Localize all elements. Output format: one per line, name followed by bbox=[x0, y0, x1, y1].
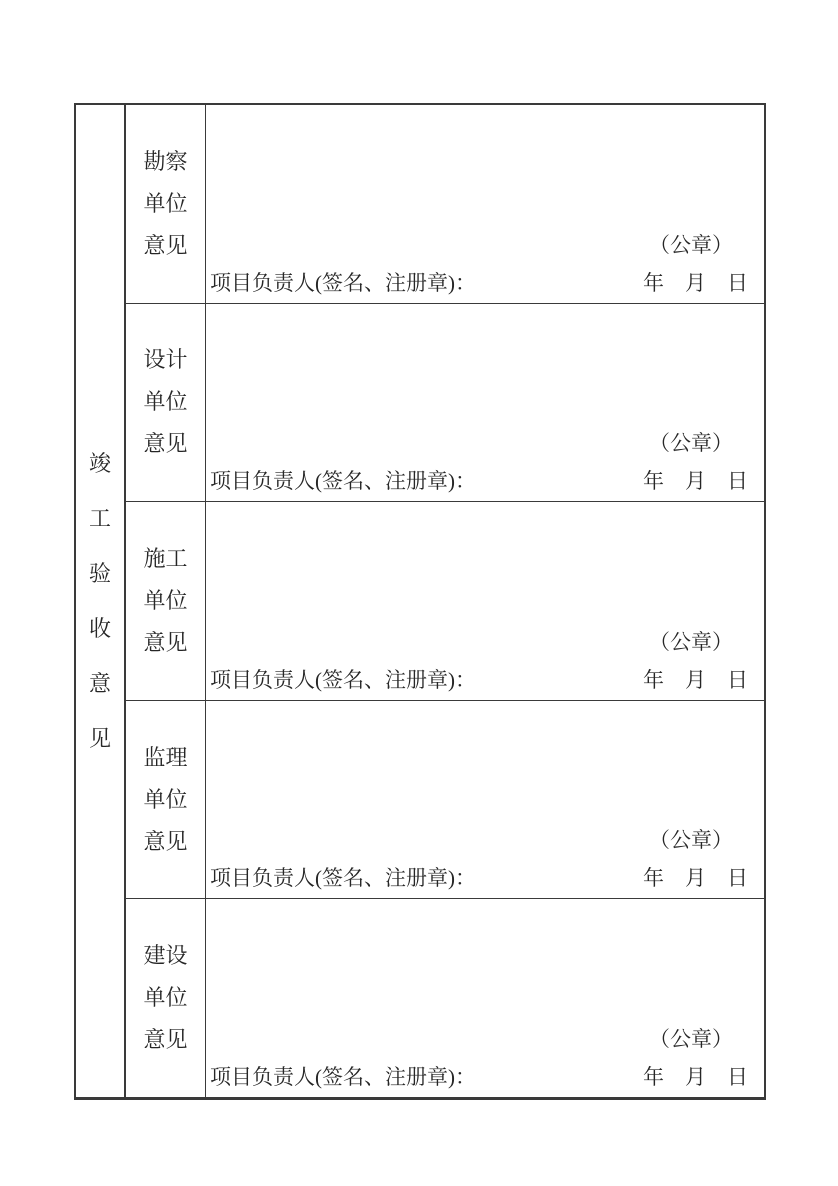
label-line: 单位 bbox=[143, 193, 187, 215]
label-line: 意见 bbox=[143, 831, 187, 853]
signature-label: 项目负责人(签名、注册章)： bbox=[210, 669, 476, 691]
seal-placeholder: （公章） bbox=[649, 233, 733, 257]
label-line: 意见 bbox=[143, 433, 187, 455]
label-construction-unit-opinion: 施工 单位 意见 bbox=[126, 502, 206, 700]
signature-label: 项目负责人(签名、注册章)： bbox=[210, 272, 476, 294]
seal-placeholder: （公章） bbox=[649, 431, 733, 455]
signature-label: 项目负责人(签名、注册章)： bbox=[210, 1066, 476, 1088]
seal-placeholder: （公章） bbox=[649, 630, 733, 654]
signature-line: 项目负责人(签名、注册章)： 年 月 日 bbox=[206, 669, 764, 691]
date-placeholder: 年 月 日 bbox=[643, 1066, 748, 1088]
row-header-char: 意 bbox=[89, 673, 111, 695]
signature-label: 项目负责人(签名、注册章)： bbox=[210, 867, 476, 889]
date-placeholder: 年 月 日 bbox=[643, 470, 748, 492]
seal-line: （公章） bbox=[206, 829, 764, 851]
seal-line: （公章） bbox=[206, 631, 764, 653]
document-page: 竣 工 验 收 意 见 勘察 单位 意见 （公章） 项目负责人(签名、注册 bbox=[0, 0, 838, 1186]
label-line: 单位 bbox=[143, 987, 187, 1009]
label-design-unit-opinion: 设计 单位 意见 bbox=[126, 304, 206, 502]
opinion-area-owner-unit: （公章） 项目负责人(签名、注册章)： 年 月 日 bbox=[206, 899, 764, 1097]
date-placeholder: 年 月 日 bbox=[643, 669, 748, 691]
seal-line: （公章） bbox=[206, 234, 764, 256]
label-supervision-unit-opinion: 监理 单位 意见 bbox=[126, 701, 206, 899]
seal-placeholder: （公章） bbox=[649, 828, 733, 852]
row-header-char: 工 bbox=[89, 508, 111, 530]
row-owner-unit-opinion: 建设 单位 意见 （公章） 项目负责人(签名、注册章)： 年 月 日 bbox=[126, 898, 764, 1097]
row-header-char: 验 bbox=[89, 563, 111, 585]
label-survey-unit-opinion: 勘察 单位 意见 bbox=[126, 105, 206, 303]
signature-label: 项目负责人(签名、注册章)： bbox=[210, 470, 476, 492]
label-line: 意见 bbox=[143, 1029, 187, 1051]
row-construction-unit-opinion: 施工 单位 意见 （公章） 项目负责人(签名、注册章)： 年 月 日 bbox=[126, 501, 764, 700]
date-placeholder: 年 月 日 bbox=[643, 867, 748, 889]
label-line: 意见 bbox=[143, 632, 187, 654]
completion-acceptance-table: 竣 工 验 收 意 见 勘察 单位 意见 （公章） 项目负责人(签名、注册 bbox=[74, 103, 766, 1100]
label-line: 单位 bbox=[143, 590, 187, 612]
signature-line: 项目负责人(签名、注册章)： 年 月 日 bbox=[206, 867, 764, 889]
opinion-area-survey-unit: （公章） 项目负责人(签名、注册章)： 年 月 日 bbox=[206, 105, 764, 303]
label-line: 勘察 bbox=[143, 151, 187, 173]
label-line: 监理 bbox=[143, 747, 187, 769]
label-line: 意见 bbox=[143, 235, 187, 257]
label-line: 设计 bbox=[143, 349, 187, 371]
row-supervision-unit-opinion: 监理 单位 意见 （公章） 项目负责人(签名、注册章)： 年 月 日 bbox=[126, 700, 764, 899]
signature-line: 项目负责人(签名、注册章)： 年 月 日 bbox=[206, 470, 764, 492]
seal-line: （公章） bbox=[206, 1028, 764, 1050]
row-header-completion-acceptance: 竣 工 验 收 意 见 bbox=[76, 105, 126, 1097]
row-header-char: 竣 bbox=[89, 453, 111, 475]
row-survey-unit-opinion: 勘察 单位 意见 （公章） 项目负责人(签名、注册章)： 年 月 日 bbox=[126, 105, 764, 303]
label-owner-unit-opinion: 建设 单位 意见 bbox=[126, 899, 206, 1097]
row-design-unit-opinion: 设计 单位 意见 （公章） 项目负责人(签名、注册章)： 年 月 日 bbox=[126, 303, 764, 502]
opinion-area-supervision-unit: （公章） 项目负责人(签名、注册章)： 年 月 日 bbox=[206, 701, 764, 899]
row-header-char: 见 bbox=[89, 728, 111, 750]
row-header-char: 收 bbox=[89, 618, 111, 640]
label-line: 建设 bbox=[143, 945, 187, 967]
signature-line: 项目负责人(签名、注册章)： 年 月 日 bbox=[206, 1066, 764, 1088]
date-placeholder: 年 月 日 bbox=[643, 272, 748, 294]
label-line: 单位 bbox=[143, 391, 187, 413]
label-line: 施工 bbox=[143, 548, 187, 570]
opinion-rows: 勘察 单位 意见 （公章） 项目负责人(签名、注册章)： 年 月 日 设计 bbox=[126, 105, 764, 1097]
signature-line: 项目负责人(签名、注册章)： 年 月 日 bbox=[206, 272, 764, 294]
seal-placeholder: （公章） bbox=[649, 1027, 733, 1051]
label-line: 单位 bbox=[143, 789, 187, 811]
opinion-area-construction-unit: （公章） 项目负责人(签名、注册章)： 年 月 日 bbox=[206, 502, 764, 700]
opinion-area-design-unit: （公章） 项目负责人(签名、注册章)： 年 月 日 bbox=[206, 304, 764, 502]
seal-line: （公章） bbox=[206, 432, 764, 454]
